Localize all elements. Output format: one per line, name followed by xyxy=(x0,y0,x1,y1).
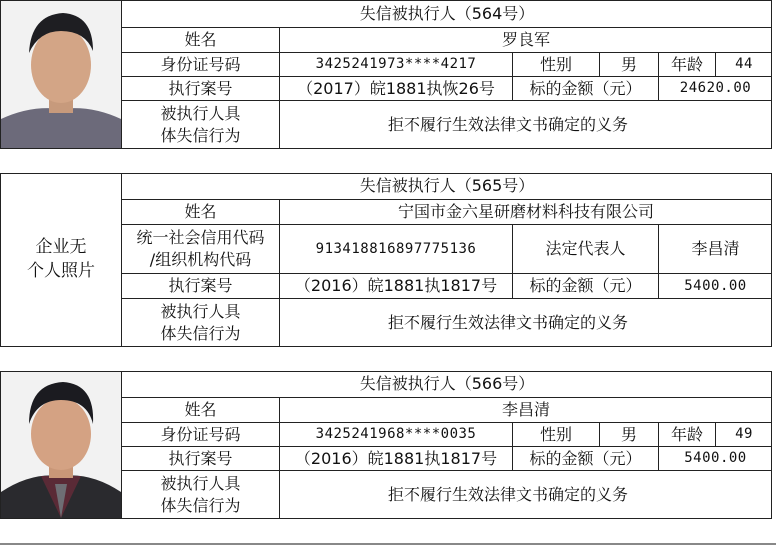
credit-code-label-line-1: 统一社会信用代码 xyxy=(136,227,264,249)
legal-rep-label: 法定代表人 xyxy=(512,224,658,273)
name-label: 姓名 xyxy=(121,199,279,224)
record-title: 失信被执行人（565号） xyxy=(121,173,772,199)
age-label: 年龄 xyxy=(658,422,715,446)
no-photo-placeholder: 企业无 个人照片 xyxy=(1,174,121,346)
amount-value: 5400.00 xyxy=(658,273,772,298)
amount-label: 标的金额（元） xyxy=(512,76,658,100)
id-value: 3425241973****4217 xyxy=(279,52,512,76)
company-name-value: 宁国市金六星研磨材料科技有限公司 xyxy=(279,199,772,224)
gender-value: 男 xyxy=(599,422,658,446)
amount-value: 24620.00 xyxy=(658,76,772,100)
amount-label: 标的金额（元） xyxy=(512,273,658,298)
name-value: 李昌清 xyxy=(279,397,772,422)
credit-code-label: 统一社会信用代码 /组织机构代码 xyxy=(121,224,279,273)
gender-label: 性别 xyxy=(512,422,599,446)
behavior-label-line-2: 体失信行为 xyxy=(160,495,240,517)
case-number-label: 执行案号 xyxy=(121,76,279,100)
case-number-label: 执行案号 xyxy=(121,446,279,470)
record-564: 失信被执行人（564号） 姓名 罗良军 身份证号码 3425241973****… xyxy=(0,0,772,149)
amount-label: 标的金额（元） xyxy=(512,446,658,470)
record-566: 失信被执行人（566号） 姓名 李昌清 身份证号码 3425241968****… xyxy=(0,371,772,519)
gender-label: 性别 xyxy=(512,52,599,76)
behavior-label: 被执行人具 体失信行为 xyxy=(121,470,279,519)
id-value: 3425241968****0035 xyxy=(279,422,512,446)
legal-rep-value: 李昌清 xyxy=(658,224,772,273)
record-565: 企业无 个人照片 失信被执行人（565号） 姓名 宁国市金六星研磨材料科技有限公… xyxy=(0,173,772,347)
behavior-label-line-1: 被执行人具 xyxy=(160,473,240,495)
case-number-value: （2017）皖1881执恢26号 xyxy=(279,76,512,100)
case-number-value: （2016）皖1881执1817号 xyxy=(279,273,512,298)
age-value: 44 xyxy=(715,52,772,76)
record-title: 失信被执行人（566号） xyxy=(121,371,772,397)
behavior-value: 拒不履行生效法律文书确定的义务 xyxy=(279,100,772,149)
amount-value: 5400.00 xyxy=(658,446,772,470)
no-photo-line-2: 个人照片 xyxy=(27,260,95,284)
age-value: 49 xyxy=(715,422,772,446)
name-value: 罗良军 xyxy=(279,27,772,52)
name-label: 姓名 xyxy=(121,397,279,422)
behavior-label-line-1: 被执行人具 xyxy=(160,103,240,125)
behavior-label-line-2: 体失信行为 xyxy=(160,125,240,147)
behavior-label: 被执行人具 体失信行为 xyxy=(121,100,279,149)
credit-code-value: 913418816897775136 xyxy=(279,224,512,273)
behavior-label: 被执行人具 体失信行为 xyxy=(121,298,279,347)
name-label: 姓名 xyxy=(121,27,279,52)
person-photo xyxy=(1,1,121,148)
behavior-label-line-2: 体失信行为 xyxy=(160,323,240,345)
age-label: 年龄 xyxy=(658,52,715,76)
bottom-divider xyxy=(0,543,776,545)
case-number-label: 执行案号 xyxy=(121,273,279,298)
case-number-value: （2016）皖1881执1817号 xyxy=(279,446,512,470)
record-title: 失信被执行人（564号） xyxy=(121,0,772,27)
gender-value: 男 xyxy=(599,52,658,76)
behavior-label-line-1: 被执行人具 xyxy=(160,301,240,323)
behavior-value: 拒不履行生效法律文书确定的义务 xyxy=(279,470,772,519)
behavior-value: 拒不履行生效法律文书确定的义务 xyxy=(279,298,772,347)
person-photo xyxy=(1,372,121,518)
credit-code-label-line-2: /组织机构代码 xyxy=(150,249,251,271)
id-label: 身份证号码 xyxy=(121,52,279,76)
no-photo-line-1: 企业无 xyxy=(36,236,87,260)
id-label: 身份证号码 xyxy=(121,422,279,446)
